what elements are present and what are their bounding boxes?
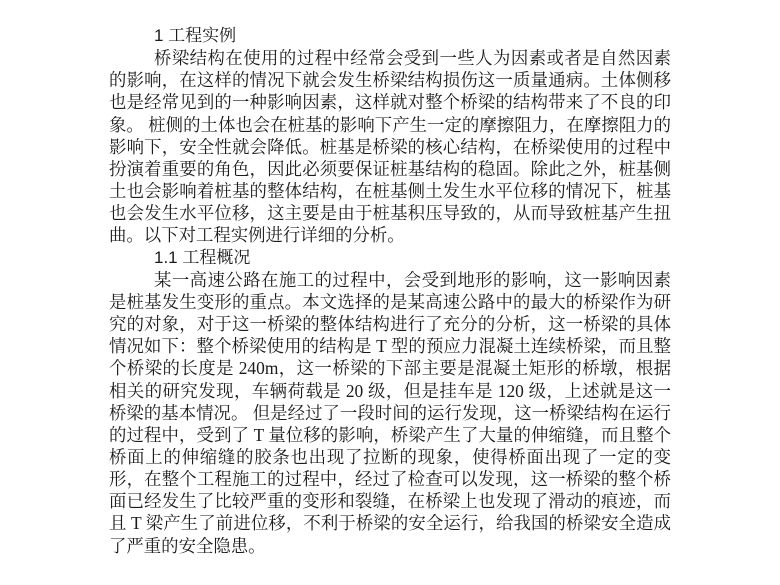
document-content: 1 工程实例 桥梁结构在使用的过程中经常会受到一些人为因素或者是自然因素的影响，… (109, 25, 671, 557)
paragraph-engineering-example: 桥梁结构在使用的过程中经常会受到一些人为因素或者是自然因素的影响，在这样的情况下… (109, 47, 671, 246)
paragraph-project-overview: 某一高速公路在施工的过程中，会受到地形的影响，这一影响因素是桩基发生变形的重点。… (109, 269, 671, 557)
section-heading-engineering-example: 1 工程实例 (109, 25, 671, 47)
section-heading-project-overview: 1.1 工程概况 (109, 247, 671, 269)
document-page: 1 工程实例 桥梁结构在使用的过程中经常会受到一些人为因素或者是自然因素的影响，… (0, 0, 780, 585)
